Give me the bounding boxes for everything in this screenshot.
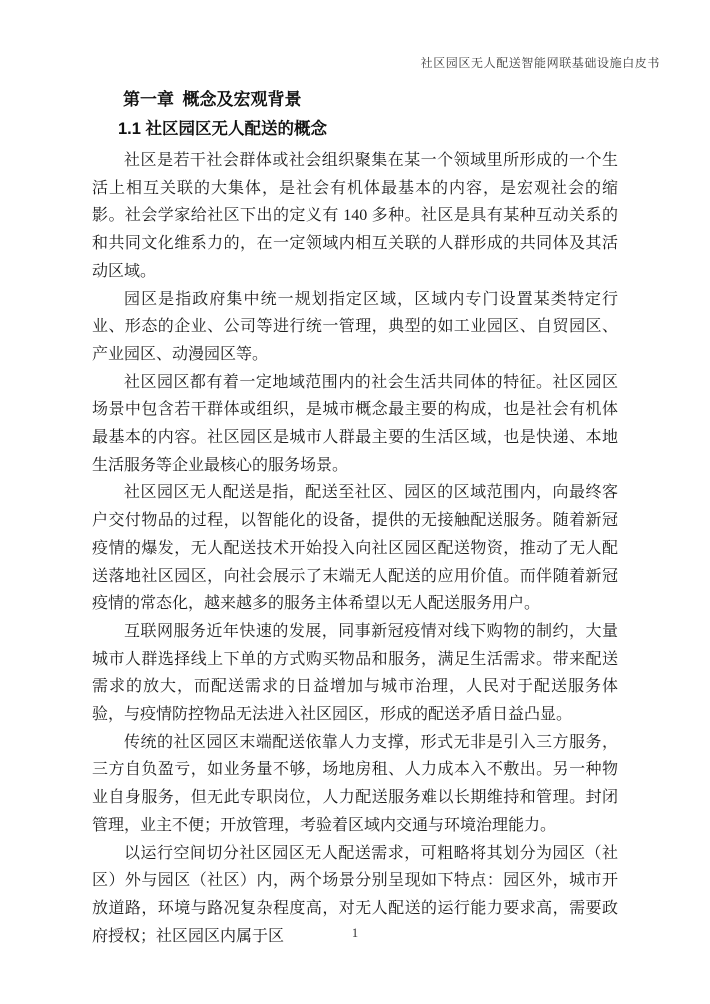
running-header: 社区园区无人配送智能网联基础设施白皮书 bbox=[421, 54, 660, 71]
paragraph-traditional-delivery: 传统的社区园区末端配送依靠人力支撑，形式无非是引入三方服务，三方自负盈亏，如业务… bbox=[92, 729, 618, 840]
paragraph-unmanned-delivery-definition: 社区园区无人配送是指，配送至社区、园区的区域范围内，向最终客户交付物品的过程，以… bbox=[92, 479, 618, 618]
paragraph-park-definition: 园区是指政府集中统一规划指定区域，区域内专门设置某类特定行业、形态的企业、公司等… bbox=[92, 286, 618, 369]
page-content: 第一章 概念及宏观背景 1.1 社区园区无人配送的概念 社区是若干社会群体或社会… bbox=[92, 91, 618, 950]
section-title: 1.1 社区园区无人配送的概念 bbox=[92, 120, 618, 138]
paragraph-internet-service-demand: 互联网服务近年快速的发展，同事新冠疫情对线下购物的制约，大量城市人群选择线上下单… bbox=[92, 618, 618, 729]
paragraph-community-definition: 社区是若干社会群体或社会组织聚集在某一个领域里所形成的一个生活上相互关联的大集体… bbox=[92, 147, 618, 286]
page-number: 1 bbox=[92, 926, 618, 941]
chapter-title: 第一章 概念及宏观背景 bbox=[92, 91, 618, 109]
document-page: 社区园区无人配送智能网联基础设施白皮书 第一章 概念及宏观背景 1.1 社区园区… bbox=[0, 0, 710, 1004]
body-text: 社区是若干社会群体或社会组织聚集在某一个领域里所形成的一个生活上相互关联的大集体… bbox=[92, 147, 618, 950]
paragraph-community-park-features: 社区园区都有着一定地域范围内的社会生活共同体的特征。社区园区场景中包含若干群体或… bbox=[92, 369, 618, 480]
